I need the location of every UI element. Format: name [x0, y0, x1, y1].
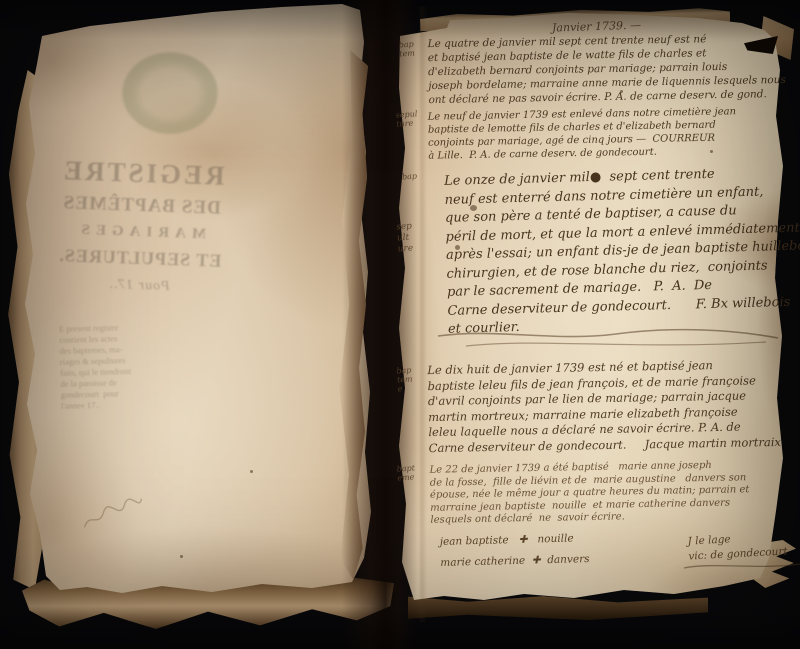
- text-line: eme: [397, 472, 416, 482]
- month-year-heading: Janvier 1739. —: [552, 18, 641, 34]
- ink-speck: [180, 555, 183, 558]
- register-entry: Le onze de janvier mil● sept cent trente…: [444, 163, 800, 339]
- photo-of-open-register: REGISTRE DES BAPTÊMES MARIAGES ET SEPULT…: [0, 0, 800, 649]
- signature-marks: jean baptiste ✚ nouillemarie catherine ✚…: [439, 528, 589, 574]
- text-line: l'annee 17..: [61, 397, 201, 412]
- ink-blot: [470, 205, 477, 211]
- handwritten-scribble: [75, 490, 150, 536]
- ink-blot: [455, 245, 460, 250]
- text-line: bap: [402, 171, 418, 181]
- flourish-line: [436, 326, 781, 352]
- margin-note-sepulture: sepulture: [395, 109, 418, 128]
- ink-speck: [710, 150, 713, 153]
- torn-page-edges-left: [6, 70, 42, 590]
- margin-note-bapteme: bapteme: [396, 463, 415, 482]
- text-line: marie catherine ✚ danvers: [440, 549, 590, 574]
- register-entry: Le quatre de janvier mil sept cent trent…: [427, 31, 786, 107]
- text-line: ture: [396, 118, 418, 128]
- text-line: sep: [396, 221, 412, 233]
- signature-underline: [682, 560, 800, 572]
- register-entry: Le neuf de janvier 1739 est enlevé dans …: [428, 105, 737, 162]
- margin-note-bapteme: baptem: [398, 39, 415, 58]
- torn-gutter-strip: [338, 50, 369, 580]
- register-entry: Le dix huit de janvier 1739 est né et ba…: [427, 357, 781, 456]
- text-line: tem: [397, 374, 413, 384]
- title-showthrough: REGISTRE DES BAPTÊMES MARIAGES ET SEPULT…: [46, 155, 237, 297]
- title-line: REGISTRE: [49, 155, 236, 192]
- text-line: ure: [397, 243, 413, 255]
- title-line: Pour 17..: [46, 275, 232, 297]
- title-line: DES BAPTÊMES: [48, 192, 235, 220]
- text-line: e: [397, 383, 413, 393]
- title-line: MARIAGES: [48, 221, 234, 244]
- title-line: ET SEPULTURES.: [47, 245, 234, 272]
- torn-page-edges-bottom-left: [22, 572, 394, 634]
- circular-ink-stamp-icon: [122, 52, 218, 134]
- ink-speck: [250, 470, 253, 473]
- register-entry: Le 22 de janvier 1739 a été baptisé mari…: [429, 459, 749, 527]
- text-line: tem: [399, 48, 415, 58]
- margin-note-bapteme: bap: [402, 171, 418, 181]
- torn-page-edges-bottom-right: [408, 594, 708, 620]
- ink-speck: [620, 90, 623, 93]
- margin-note-bapteme: bapteme: [396, 365, 413, 393]
- printed-text-showthrough: E present registrecontient les actesdes …: [59, 320, 201, 412]
- margin-note-sepulture: sepulture: [396, 221, 414, 255]
